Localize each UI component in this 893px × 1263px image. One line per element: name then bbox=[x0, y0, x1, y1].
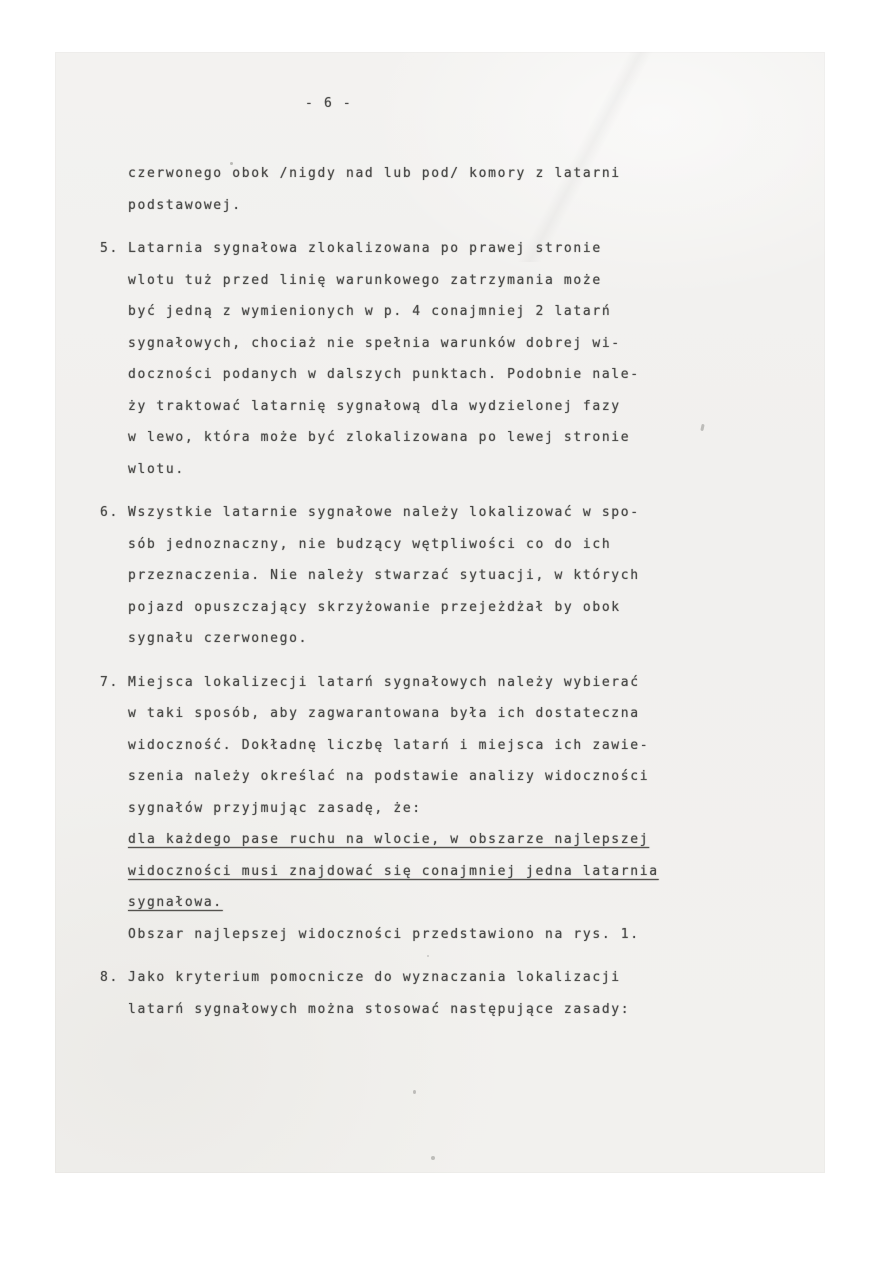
paragraph-6: 6.Wszystkie latarnie sygnałowe należy lo… bbox=[128, 497, 708, 655]
text-line: sób jednoznaczny, nie budzący wętpliwośc… bbox=[128, 529, 708, 561]
paragraph-5: 5.Latarnia sygnałowa zlokalizowana po pr… bbox=[128, 233, 708, 485]
text-line: ży traktować latarnię sygnałową dla wydz… bbox=[128, 391, 708, 423]
text-line: czerwonego obok /nigdy nad lub pod/ komo… bbox=[128, 158, 708, 190]
text-line: Obszar najlepszej widoczności przedstawi… bbox=[128, 919, 708, 951]
text-line: wlotu. bbox=[128, 454, 708, 486]
scan-speck bbox=[431, 1156, 435, 1160]
text-column: czerwonego obok /nigdy nad lub pod/ komo… bbox=[128, 158, 708, 1037]
text-line: sygnałowych, chociaż nie spełnia warunkó… bbox=[128, 328, 708, 360]
text-line: latarń sygnałowych można stosować następ… bbox=[128, 994, 708, 1026]
page-number: - 6 - bbox=[305, 96, 352, 111]
text-line: wlotu tuż przed linię warunkowego zatrzy… bbox=[128, 265, 708, 297]
text-line: doczności podanych w dalszych punktach. … bbox=[128, 359, 708, 391]
text-line: szenia należy określać na podstawie anal… bbox=[128, 761, 708, 793]
scanned-document: - 6 - czerwonego obok /nigdy nad lub pod… bbox=[0, 0, 893, 1263]
text-line: Latarnia sygnałowa zlokalizowana po praw… bbox=[128, 233, 708, 265]
text-line: Miejsca lokalizecji latarń sygnałowych n… bbox=[128, 667, 708, 699]
paragraph-number: 8. bbox=[100, 962, 119, 994]
paragraph-number: 7. bbox=[100, 667, 119, 699]
paragraph-number: 5. bbox=[100, 233, 119, 265]
text-line-underlined: widoczności musi znajdować się conajmnie… bbox=[128, 856, 708, 888]
text-line: Wszystkie latarnie sygnałowe należy loka… bbox=[128, 497, 708, 529]
text-line-underlined: sygnałowa. bbox=[128, 887, 708, 919]
text-line: pojazd opuszczający skrzyżowanie przejeż… bbox=[128, 592, 708, 624]
text-line: Jako kryterium pomocnicze do wyznaczania… bbox=[128, 962, 708, 994]
scan-speck bbox=[413, 1090, 416, 1094]
text-line: podstawowej. bbox=[128, 190, 708, 222]
paragraph-continuation: czerwonego obok /nigdy nad lub pod/ komo… bbox=[128, 158, 708, 221]
scanned-page: - 6 - czerwonego obok /nigdy nad lub pod… bbox=[55, 52, 825, 1173]
paragraph-number: 6. bbox=[100, 497, 119, 529]
text-line-underlined: dla każdego pase ruchu na wlocie, w obsz… bbox=[128, 824, 708, 856]
text-line: widoczność. Dokładnę liczbę latarń i mie… bbox=[128, 730, 708, 762]
text-line: przeznaczenia. Nie należy stwarzać sytua… bbox=[128, 560, 708, 592]
text-line: sygnałów przyjmując zasadę, że: bbox=[128, 793, 708, 825]
text-line: w taki sposób, aby zagwarantowana była i… bbox=[128, 698, 708, 730]
text-line: w lewo, która może być zlokalizowana po … bbox=[128, 422, 708, 454]
paragraph-8: 8.Jako kryterium pomocnicze do wyznaczan… bbox=[128, 962, 708, 1025]
text-line: sygnału czerwonego. bbox=[128, 623, 708, 655]
paragraph-7: 7.Miejsca lokalizecji latarń sygnałowych… bbox=[128, 667, 708, 951]
text-line: być jedną z wymienionych w p. 4 conajmni… bbox=[128, 296, 708, 328]
